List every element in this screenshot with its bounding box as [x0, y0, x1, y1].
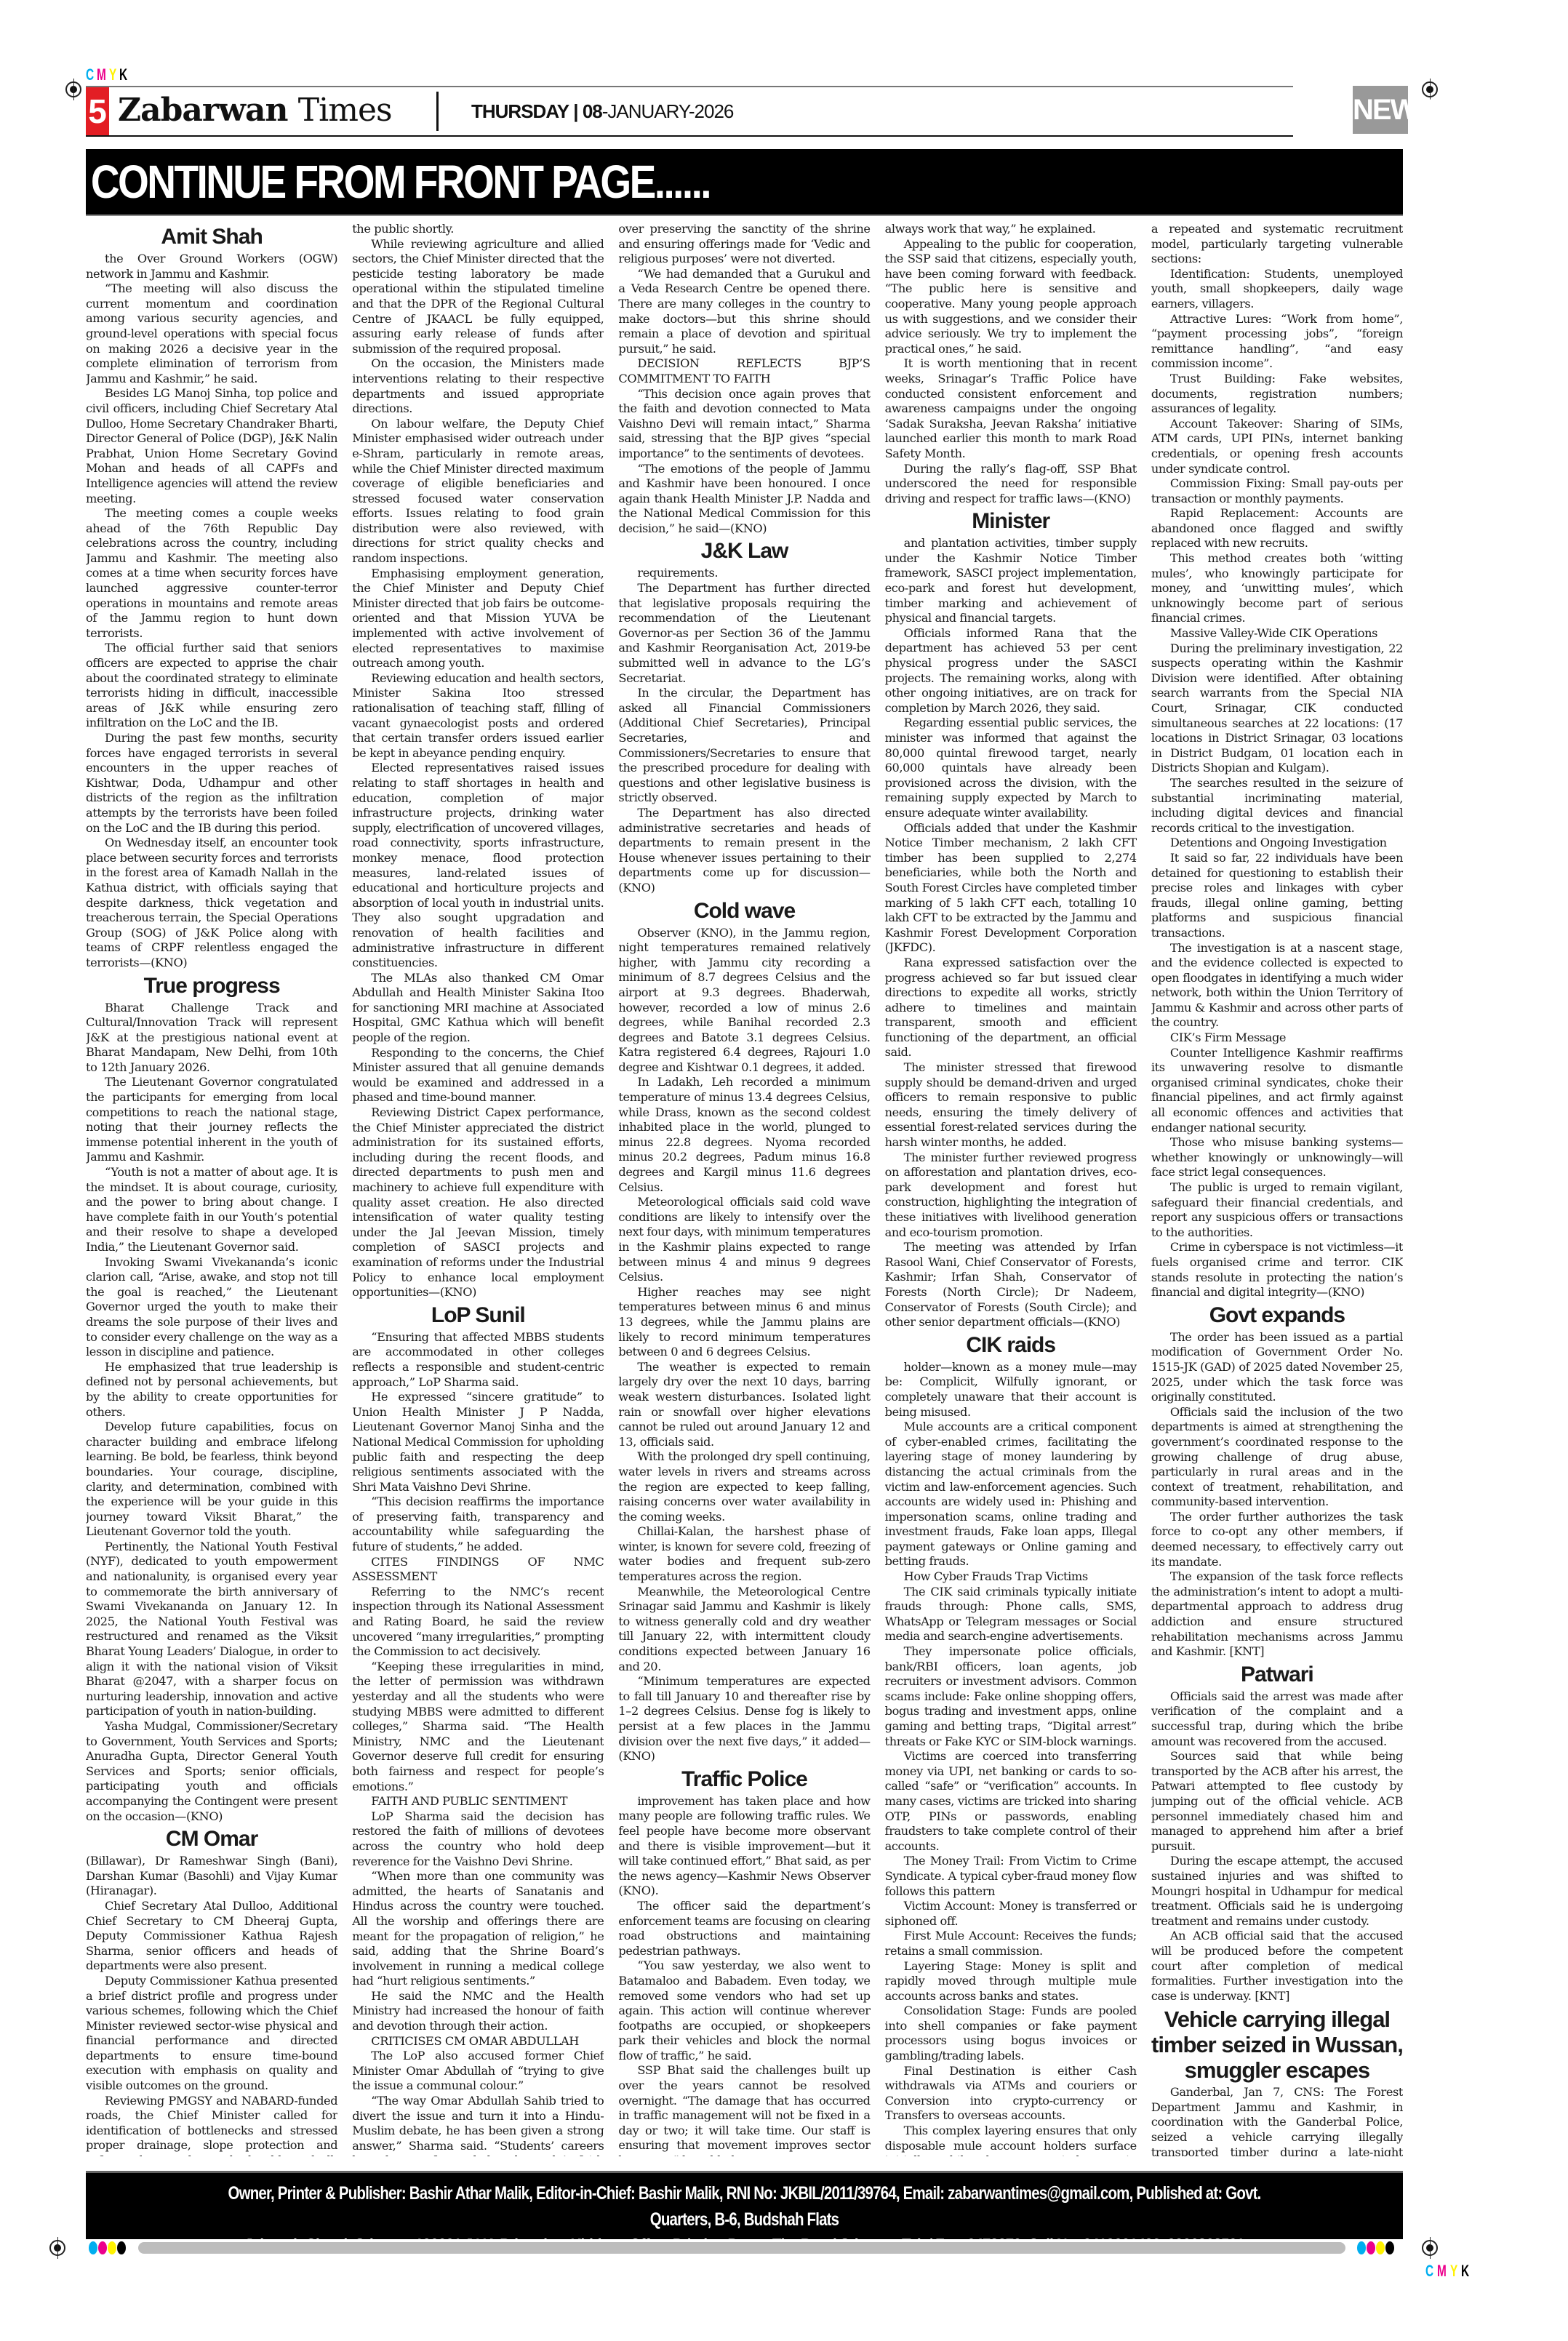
- article-paragraph: requirements.: [618, 566, 870, 581]
- article-paragraph: Final Destination is either Cash withdra…: [885, 2064, 1137, 2124]
- article-paragraph: “This decision once again proves that th…: [618, 387, 870, 462]
- column-4: always work that way,” he explained.Appe…: [885, 222, 1137, 2156]
- article-paragraph: While reviewing agriculture and allied s…: [352, 237, 604, 357]
- article-paragraph: They impersonate police officials, bank/…: [885, 1644, 1137, 1749]
- article-paragraph: Officials added that under the Kashmir N…: [885, 821, 1137, 956]
- article-paragraph: CRITICISES CM OMAR ABDULLAH: [352, 2034, 604, 2049]
- article-paragraph: SSP Bhat said the challenges built up ov…: [618, 2063, 870, 2156]
- article-paragraph: Deputy Commissioner Kathua presented a b…: [86, 1974, 337, 2094]
- black-dot-icon: [117, 2241, 126, 2254]
- article-paragraph: The investigation is at a nascent stage,…: [1151, 941, 1403, 1031]
- article-paragraph: “Ensuring that affected MBBS students ar…: [352, 1330, 604, 1390]
- article-paragraph: a repeated and systematic recruitment mo…: [1151, 222, 1403, 267]
- registration-mark-icon: [65, 81, 81, 97]
- registration-mark-icon: [1422, 2240, 1438, 2256]
- column-1: Amit Shahthe Over Ground Workers (OGW) n…: [86, 222, 337, 2156]
- article-paragraph: Massive Valley-Wide CIK Operations: [1151, 626, 1403, 641]
- date-separator: |: [573, 100, 577, 122]
- article-paragraph: Pertinently, the National Youth Festival…: [86, 1540, 337, 1719]
- article-paragraph: Layering Stage: Money is split and rapid…: [885, 1959, 1137, 2004]
- article-paragraph: Yasha Mudgal, Commissioner/Secretary to …: [86, 1719, 337, 1824]
- article-paragraph: The meeting comes a couple weeks ahead o…: [86, 506, 337, 641]
- masthead: 5 Zabarwan Times THURSDAY | 08-JANUARY-2…: [86, 86, 1293, 137]
- article-paragraph: He expressed “sincere gratitude” to Unio…: [352, 1390, 604, 1494]
- article-paragraph: Bharat Challenge Track and Cultural/Inno…: [86, 1001, 337, 1076]
- date-month-year: -JANUARY-2026: [602, 100, 734, 122]
- article-paragraph: In the circular, the Department has aske…: [618, 686, 870, 806]
- article-paragraph: In Ladakh, Leh recorded a minimum temper…: [618, 1075, 870, 1195]
- title-part-1: Zabarwan: [118, 92, 287, 129]
- color-bar: [138, 2242, 1345, 2254]
- article-paragraph: During the escape attempt, the accused s…: [1151, 1854, 1403, 1929]
- page-number: 5: [86, 87, 109, 135]
- dateline: THURSDAY | 08-JANUARY-2026: [471, 100, 733, 123]
- black-dot-icon: [1385, 2241, 1394, 2254]
- article-paragraph: Referring to the NMC’s recent inspection…: [352, 1585, 604, 1660]
- article-paragraph: Observer (KNO), in the Jammu region, nig…: [618, 926, 870, 1076]
- article-paragraph: On labour welfare, the Deputy Chief Mini…: [352, 417, 604, 567]
- imprint-footer: Owner, Printer & Publisher: Bashir Athar…: [86, 2171, 1403, 2239]
- article-headline: CIK raids: [885, 1333, 1137, 1358]
- article-headline: Amit Shah: [86, 225, 337, 249]
- article-paragraph: During the past few months, security for…: [86, 731, 337, 836]
- article-headline: True progress: [86, 974, 337, 999]
- cmyk-k: K: [119, 65, 127, 84]
- cyan-dot-icon: [1357, 2241, 1366, 2254]
- article-paragraph: The Department has further directed that…: [618, 581, 870, 686]
- article-paragraph: Those who misuse banking systems—whether…: [1151, 1135, 1403, 1180]
- article-paragraph: “We had demanded that a Gurukul and a Ve…: [618, 267, 870, 357]
- article-paragraph: Officials said the arrest was made after…: [1151, 1689, 1403, 1749]
- article-headline: Traffic Police: [618, 1767, 870, 1792]
- article-paragraph: The officer said the department’s enforc…: [618, 1899, 870, 1958]
- article-paragraph: improvement has taken place and how many…: [618, 1794, 870, 1899]
- article-paragraph: Ganderbal, Jan 7, CNS: The Forest Depart…: [1151, 2085, 1403, 2156]
- article-paragraph: He emphasized that true leadership is de…: [86, 1360, 337, 1420]
- article-paragraph: “This decision reaffirms the importance …: [352, 1494, 604, 1554]
- article-paragraph: Meteorological officials said cold wave …: [618, 1195, 870, 1285]
- column-3: over preserving the sanctity of the shri…: [618, 222, 870, 2156]
- article-paragraph: LoP Sharma said the decision has restore…: [352, 1809, 604, 1869]
- article-paragraph: Higher reaches may see night temperature…: [618, 1285, 870, 1360]
- article-paragraph: the Over Ground Workers (OGW) network in…: [86, 252, 337, 281]
- article-paragraph: This method creates both ‘witting mules’…: [1151, 551, 1403, 626]
- article-paragraph: The LoP also accused former Chief Minist…: [352, 2049, 604, 2094]
- article-paragraph: Invoking Swami Vivekananda’s iconic clar…: [86, 1255, 337, 1360]
- cmyk-y: Y: [1450, 2262, 1457, 2281]
- article-paragraph: During the preliminary investigation, 22…: [1151, 641, 1403, 776]
- article-paragraph: The MLAs also thanked CM Omar Abdullah a…: [352, 971, 604, 1046]
- banner-title: CONTINUE FROM FRONT PAGE......: [86, 149, 1218, 215]
- title-divider: [436, 92, 439, 131]
- article-paragraph: The order has been issued as a partial m…: [1151, 1330, 1403, 1405]
- article-paragraph: Reviewing education and health sectors, …: [352, 671, 604, 761]
- article-paragraph: Trust Building: Fake websites, documents…: [1151, 372, 1403, 417]
- article-paragraph: CITES FINDINGS OF NMC ASSESSMENT: [352, 1555, 604, 1585]
- article-paragraph: The CIK said criminals typically initiat…: [885, 1585, 1137, 1644]
- article-paragraph: It said so far, 22 individuals have been…: [1151, 851, 1403, 941]
- article-paragraph: “Keeping these irregularities in mind, t…: [352, 1660, 604, 1794]
- magenta-dot-icon: [1367, 2241, 1375, 2254]
- cmyk-label-bottom: CMYK: [1425, 2262, 1473, 2281]
- article-headline: Govt expands: [1151, 1303, 1403, 1328]
- newspaper-title: Zabarwan Times: [118, 92, 392, 129]
- article-paragraph: DECISION REFLECTS BJP’S COMMITMENT TO FA…: [618, 356, 870, 386]
- cmyk-m: M: [1437, 2262, 1447, 2281]
- article-paragraph: Meanwhile, the Meteorological Centre Sri…: [618, 1585, 870, 1675]
- article-paragraph: Crime in cyberspace is not victimless—it…: [1151, 1240, 1403, 1300]
- article-paragraph: Appealing to the public for cooperation,…: [885, 237, 1137, 357]
- page-banner: CONTINUE FROM FRONT PAGE......: [86, 149, 1403, 216]
- article-paragraph: Officials said the inclusion of the two …: [1151, 1405, 1403, 1510]
- article-paragraph: The minister stressed that firewood supp…: [885, 1060, 1137, 1151]
- article-paragraph: over preserving the sanctity of the shri…: [618, 222, 870, 267]
- article-paragraph: On Wednesday itself, an encounter took p…: [86, 836, 337, 970]
- article-paragraph: During the rally’s flag-off, SSP Bhat un…: [885, 462, 1137, 507]
- article-paragraph: Responding to the concerns, the Chief Mi…: [352, 1046, 604, 1105]
- article-paragraph: Sources said that while being transporte…: [1151, 1749, 1403, 1854]
- day: THURSDAY: [471, 100, 569, 122]
- article-paragraph: “Minimum temperatures are expected to fa…: [618, 1674, 870, 1764]
- article-paragraph: CIK’s Firm Message: [1151, 1031, 1403, 1046]
- date-day: 08: [583, 100, 602, 122]
- article-headline: LoP Sunil: [352, 1303, 604, 1328]
- article-paragraph: “You saw yesterday, we also went to Bata…: [618, 1958, 870, 2063]
- column-2: the public shortly.While reviewing agric…: [352, 222, 604, 2156]
- article-paragraph: Chief Secretary Atal Dulloo, Additional …: [86, 1899, 337, 1974]
- yellow-dot-icon: [1376, 2241, 1385, 2254]
- cmyk-m: M: [97, 65, 105, 84]
- article-paragraph: The Lieutenant Governor congratulated th…: [86, 1075, 337, 1165]
- article-paragraph: It is worth mentioning that in recent we…: [885, 356, 1137, 461]
- article-paragraph: Reviewing PMGSY and NABARD-funded roads,…: [86, 2094, 337, 2156]
- yellow-dot-icon: [108, 2241, 116, 2254]
- article-paragraph: Victim Account: Money is transferred or …: [885, 1899, 1137, 1929]
- cmyk-c: C: [1425, 2262, 1433, 2281]
- article-paragraph: “When more than one community was admitt…: [352, 1869, 604, 1989]
- article-paragraph: The Money Trail: From Victim to Crime Sy…: [885, 1854, 1137, 1899]
- article-paragraph: An ACB official said that the accused wi…: [1151, 1929, 1403, 2004]
- article-columns: Amit Shahthe Over Ground Workers (OGW) n…: [86, 222, 1403, 2156]
- article-paragraph: Regarding essential public services, the…: [885, 716, 1137, 820]
- article-paragraph: Reviewing District Capex performance, th…: [352, 1105, 604, 1300]
- imprint-line-1: Owner, Printer & Publisher: Bashir Athar…: [204, 2180, 1284, 2233]
- article-paragraph: FAITH AND PUBLIC SENTIMENT: [352, 1794, 604, 1809]
- article-paragraph: always work that way,” he explained.: [885, 222, 1137, 237]
- article-paragraph: Rapid Replacement: Accounts are abandone…: [1151, 506, 1403, 551]
- article-headline: Patwari: [1151, 1662, 1403, 1687]
- article-paragraph: On the occasion, the Ministers made inte…: [352, 356, 604, 416]
- article-paragraph: The official further said that seniors o…: [86, 641, 337, 731]
- cmyk-y: Y: [109, 65, 116, 84]
- article-paragraph: Victims are coerced into transferring mo…: [885, 1749, 1137, 1854]
- article-paragraph: Officials informed Rana that the departm…: [885, 626, 1137, 716]
- article-headline: J&K Law: [618, 539, 870, 564]
- article-paragraph: First Mule Account: Receives the funds; …: [885, 1929, 1137, 1958]
- article-paragraph: and plantation activities, timber supply…: [885, 536, 1137, 626]
- article-paragraph: Identification: Students, unemployed you…: [1151, 267, 1403, 312]
- article-paragraph: The Department has also directed adminis…: [618, 806, 870, 896]
- registration-mark-icon: [49, 2240, 65, 2256]
- article-paragraph: This complex layering ensures that only …: [885, 2124, 1137, 2156]
- article-paragraph: The searches resulted in the seizure of …: [1151, 776, 1403, 836]
- article-paragraph: The expansion of the task force reflects…: [1151, 1569, 1403, 1660]
- article-paragraph: holder—known as a money mule—may be: Com…: [885, 1360, 1137, 1420]
- article-paragraph: Attractive Lures: “Work from home”, “pay…: [1151, 312, 1403, 372]
- article-paragraph: “The emotions of the people of Jammu and…: [618, 462, 870, 537]
- article-paragraph: The minister further reviewed progress o…: [885, 1151, 1137, 1241]
- article-paragraph: Detentions and Ongoing Investigation: [1151, 836, 1403, 851]
- article-headline: Vehicle carrying illegal timber seized i…: [1151, 2006, 1403, 2083]
- article-paragraph: (Billawar), Dr Rameshwar Singh (Bani), D…: [86, 1854, 337, 1899]
- article-headline: CM Omar: [86, 1827, 337, 1852]
- article-paragraph: “Youth is not a matter of about age. It …: [86, 1165, 337, 1255]
- article-paragraph: The meeting was attended by Irfan Rasool…: [885, 1240, 1137, 1330]
- article-paragraph: Chillai-Kalan, the harshest phase of win…: [618, 1524, 870, 1584]
- article-paragraph: “The way Omar Abdullah Sahib tried to di…: [352, 2094, 604, 2156]
- article-paragraph: Emphasising employment generation, the C…: [352, 567, 604, 671]
- article-paragraph: He said the NMC and the Health Ministry …: [352, 1989, 604, 2034]
- article-paragraph: Develop future capabilities, focus on ch…: [86, 1420, 337, 1540]
- title-part-2: Times: [298, 92, 392, 129]
- article-paragraph: The order further authorizes the task fo…: [1151, 1510, 1403, 1569]
- article-paragraph: the public shortly.: [352, 222, 604, 237]
- article-paragraph: Elected representatives raised issues re…: [352, 761, 604, 970]
- article-headline: Minister: [885, 509, 1137, 534]
- cyan-dot-icon: [89, 2241, 97, 2254]
- article-paragraph: Rana expressed satisfaction over the pro…: [885, 956, 1137, 1060]
- article-paragraph: Besides LG Manoj Sinha, top police and c…: [86, 386, 337, 506]
- cmyk-k: K: [1461, 2262, 1469, 2281]
- column-5: a repeated and systematic recruitment mo…: [1151, 222, 1403, 2156]
- article-paragraph: How Cyber Frauds Trap Victims: [885, 1569, 1137, 1585]
- magenta-dot-icon: [98, 2241, 107, 2254]
- article-paragraph: The weather is expected to remain largel…: [618, 1360, 870, 1450]
- section-label: NEWS: [1353, 86, 1408, 134]
- article-paragraph: Counter Intelligence Kashmir reaffirms i…: [1151, 1046, 1403, 1136]
- article-headline: Cold wave: [618, 899, 870, 924]
- article-paragraph: Account Takeover: Sharing of SIMs, ATM c…: [1151, 417, 1403, 476]
- cmyk-c: C: [86, 65, 93, 84]
- article-paragraph: “The meeting will also discuss the curre…: [86, 281, 337, 386]
- cmyk-label-top: CMYK: [86, 65, 130, 84]
- article-paragraph: Mule accounts are a critical component o…: [885, 1420, 1137, 1569]
- article-paragraph: Commission Fixing: Small pay-outs per tr…: [1151, 476, 1403, 506]
- article-paragraph: With the prolonged dry spell continuing,…: [618, 1449, 870, 1524]
- article-paragraph: The public is urged to remain vigilant, …: [1151, 1180, 1403, 1240]
- article-paragraph: Consolidation Stage: Funds are pooled in…: [885, 2004, 1137, 2063]
